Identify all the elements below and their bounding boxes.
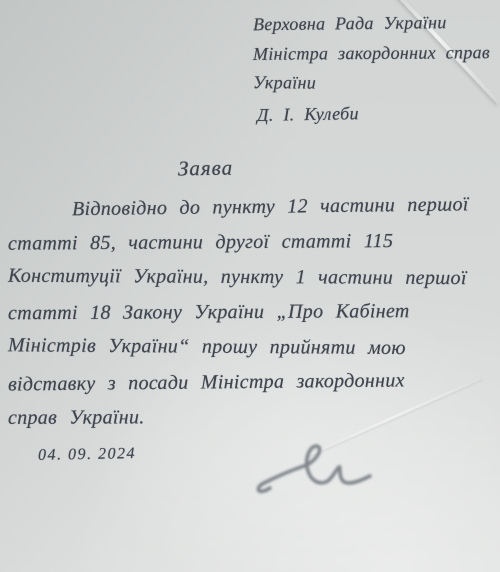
letter-date: 04. 09. 2024 (38, 445, 136, 465)
addressee-line: України (253, 67, 490, 99)
addressee-line: Верховна Рада України (253, 7, 490, 39)
body-line: статті 18 Закону України „Про Кабінет (8, 294, 496, 332)
body-line: Конституції України, пункту 1 частини пе… (8, 259, 496, 297)
body-line: статті 85, частини другої статті 115 (8, 223, 496, 261)
body-line: Відповідно до пункту 12 частини першої (8, 187, 496, 228)
body-line: Міністрів України“ прошу прийняти мою (8, 328, 496, 366)
signature-scribble (250, 436, 385, 514)
letter-body: Відповідно до пункту 12 частини першої с… (8, 190, 496, 435)
body-line: відставку з посади Міністра закордонних (8, 362, 496, 402)
addressee-line: Міністра закордонних справ (253, 37, 490, 69)
body-line: справ України. (8, 399, 496, 436)
addressee-block: Верховна Рада України Міністра закордонн… (253, 8, 490, 128)
addressee-line: Д. І. Кулеби (253, 96, 490, 130)
letter-title: Заява (178, 156, 234, 182)
letter-photo: Верховна Рада України Міністра закордонн… (0, 0, 500, 572)
